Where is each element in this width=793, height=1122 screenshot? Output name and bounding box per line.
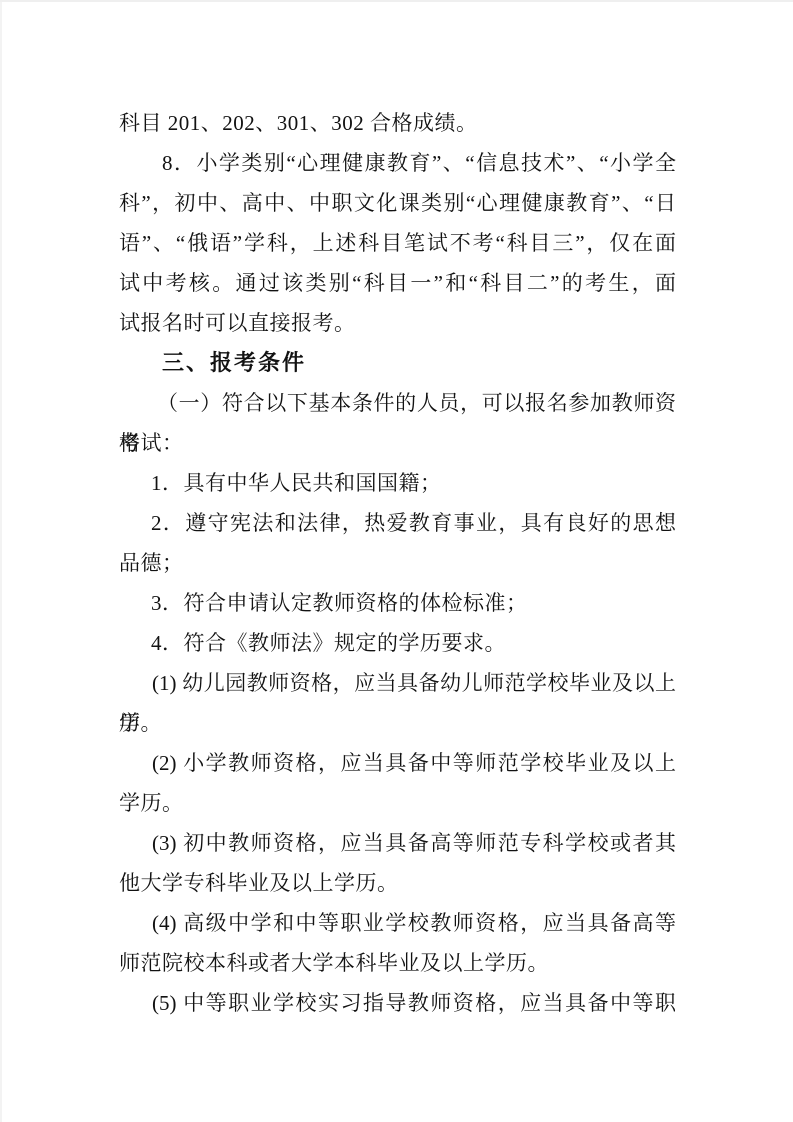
text-line: 学历。 <box>119 783 676 823</box>
paragraph: (1) 幼儿园教师资格，应当具备幼儿师范学校毕业及以上学历。 <box>119 663 676 743</box>
paragraph: 2．遵守宪法和法律，热爱教育事业，具有良好的思想品德； <box>119 503 676 583</box>
text-line: 科目 201、202、301、302 合格成绩。 <box>119 103 676 143</box>
text-line: 考试： <box>119 423 676 463</box>
text-line: 3．符合申请认定教师资格的体检标准； <box>119 583 676 623</box>
heading-line: 三、报考条件 <box>119 343 676 383</box>
text-line: (5) 中等职业学校实习指导教师资格，应当具备中等职 <box>119 983 676 1023</box>
paragraph: （一）符合以下基本条件的人员，可以报名参加教师资格考试： <box>119 383 676 463</box>
text-line: 科”，初中、高中、中职文化课类别“心理健康教育”、“日 <box>119 183 676 223</box>
paragraph: (3) 初中教师资格，应当具备高等师范专科学校或者其他大学专科毕业及以上学历。 <box>119 823 676 903</box>
paragraph: 4．符合《教师法》规定的学历要求。 <box>119 623 676 663</box>
text-line: (3) 初中教师资格，应当具备高等师范专科学校或者其 <box>119 823 676 863</box>
document-body: 科目 201、202、301、302 合格成绩。8．小学类别“心理健康教育”、“… <box>119 103 676 1023</box>
text-line: 他大学专科毕业及以上学历。 <box>119 863 676 903</box>
text-line: 8．小学类别“心理健康教育”、“信息技术”、“小学全 <box>119 143 676 183</box>
paragraph: 科目 201、202、301、302 合格成绩。 <box>119 103 676 143</box>
paragraph: 3．符合申请认定教师资格的体检标准； <box>119 583 676 623</box>
text-line: （一）符合以下基本条件的人员，可以报名参加教师资格 <box>119 383 676 423</box>
paragraph: 8．小学类别“心理健康教育”、“信息技术”、“小学全科”，初中、高中、中职文化课… <box>119 143 676 343</box>
text-line: 历。 <box>119 703 676 743</box>
paragraph: (4) 高级中学和中等职业学校教师资格，应当具备高等师范院校本科或者大学本科毕业… <box>119 903 676 983</box>
paragraph: (2) 小学教师资格，应当具备中等师范学校毕业及以上学历。 <box>119 743 676 823</box>
paragraph: (5) 中等职业学校实习指导教师资格，应当具备中等职 <box>119 983 676 1023</box>
text-line: (1) 幼儿园教师资格，应当具备幼儿师范学校毕业及以上学 <box>119 663 676 703</box>
document-page: 科目 201、202、301、302 合格成绩。8．小学类别“心理健康教育”、“… <box>0 0 793 1122</box>
text-line: 品德； <box>119 543 676 583</box>
section-heading: 三、报考条件 <box>119 343 676 383</box>
text-line: (2) 小学教师资格，应当具备中等师范学校毕业及以上 <box>119 743 676 783</box>
text-line: 试中考核。通过该类别“科目一”和“科目二”的考生，面 <box>119 263 676 303</box>
text-line: 试报名时可以直接报考。 <box>119 303 676 343</box>
text-line: (4) 高级中学和中等职业学校教师资格，应当具备高等 <box>119 903 676 943</box>
text-line: 师范院校本科或者大学本科毕业及以上学历。 <box>119 943 676 983</box>
paragraph: 1．具有中华人民共和国国籍； <box>119 463 676 503</box>
text-line: 4．符合《教师法》规定的学历要求。 <box>119 623 676 663</box>
text-line: 语”、“俄语”学科，上述科目笔试不考“科目三”，仅在面 <box>119 223 676 263</box>
text-line: 2．遵守宪法和法律，热爱教育事业，具有良好的思想 <box>119 503 676 543</box>
text-line: 1．具有中华人民共和国国籍； <box>119 463 676 503</box>
